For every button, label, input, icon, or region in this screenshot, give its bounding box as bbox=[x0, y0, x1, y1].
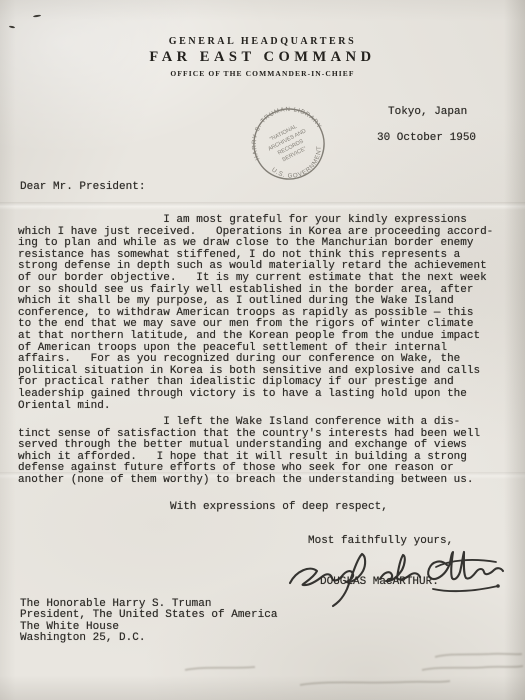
scan-speck bbox=[9, 25, 15, 28]
dateline-place: Tokyo, Japan bbox=[388, 107, 467, 119]
letterhead-office: OFFICE OF THE COMMANDER-IN-CHIEF bbox=[0, 69, 525, 78]
salutation: Dear Mr. President: bbox=[20, 182, 145, 194]
scan-speck bbox=[33, 14, 41, 17]
macarthur-signature bbox=[286, 543, 522, 653]
dateline-date: 30 October 1950 bbox=[377, 133, 476, 145]
fold-crease-upper bbox=[0, 202, 525, 210]
body-paragraph-1: I am most grateful for your kindly expre… bbox=[18, 215, 493, 412]
scanned-letter-page: GENERAL HEADQUARTERS FAR EAST COMMAND OF… bbox=[0, 0, 525, 700]
recipient-address: The Honorable Harry S. Truman President,… bbox=[20, 599, 277, 645]
letterhead-command: FAR EAST COMMAND bbox=[0, 49, 525, 66]
truman-library-stamp-icon: HARRY S. TRUMAN LIBRARY U.S. GOVERNMENT … bbox=[243, 98, 335, 190]
body-paragraph-2: I left the Wake Island conference with a… bbox=[18, 417, 480, 487]
ink-bleedthrough bbox=[150, 645, 525, 700]
typed-signature-name: DOUGLAS MacARTHUR. bbox=[320, 577, 439, 589]
letterhead: GENERAL HEADQUARTERS FAR EAST COMMAND OF… bbox=[0, 36, 525, 78]
letterhead-headquarters: GENERAL HEADQUARTERS bbox=[0, 36, 525, 47]
respect-line: With expressions of deep respect, bbox=[170, 502, 388, 514]
